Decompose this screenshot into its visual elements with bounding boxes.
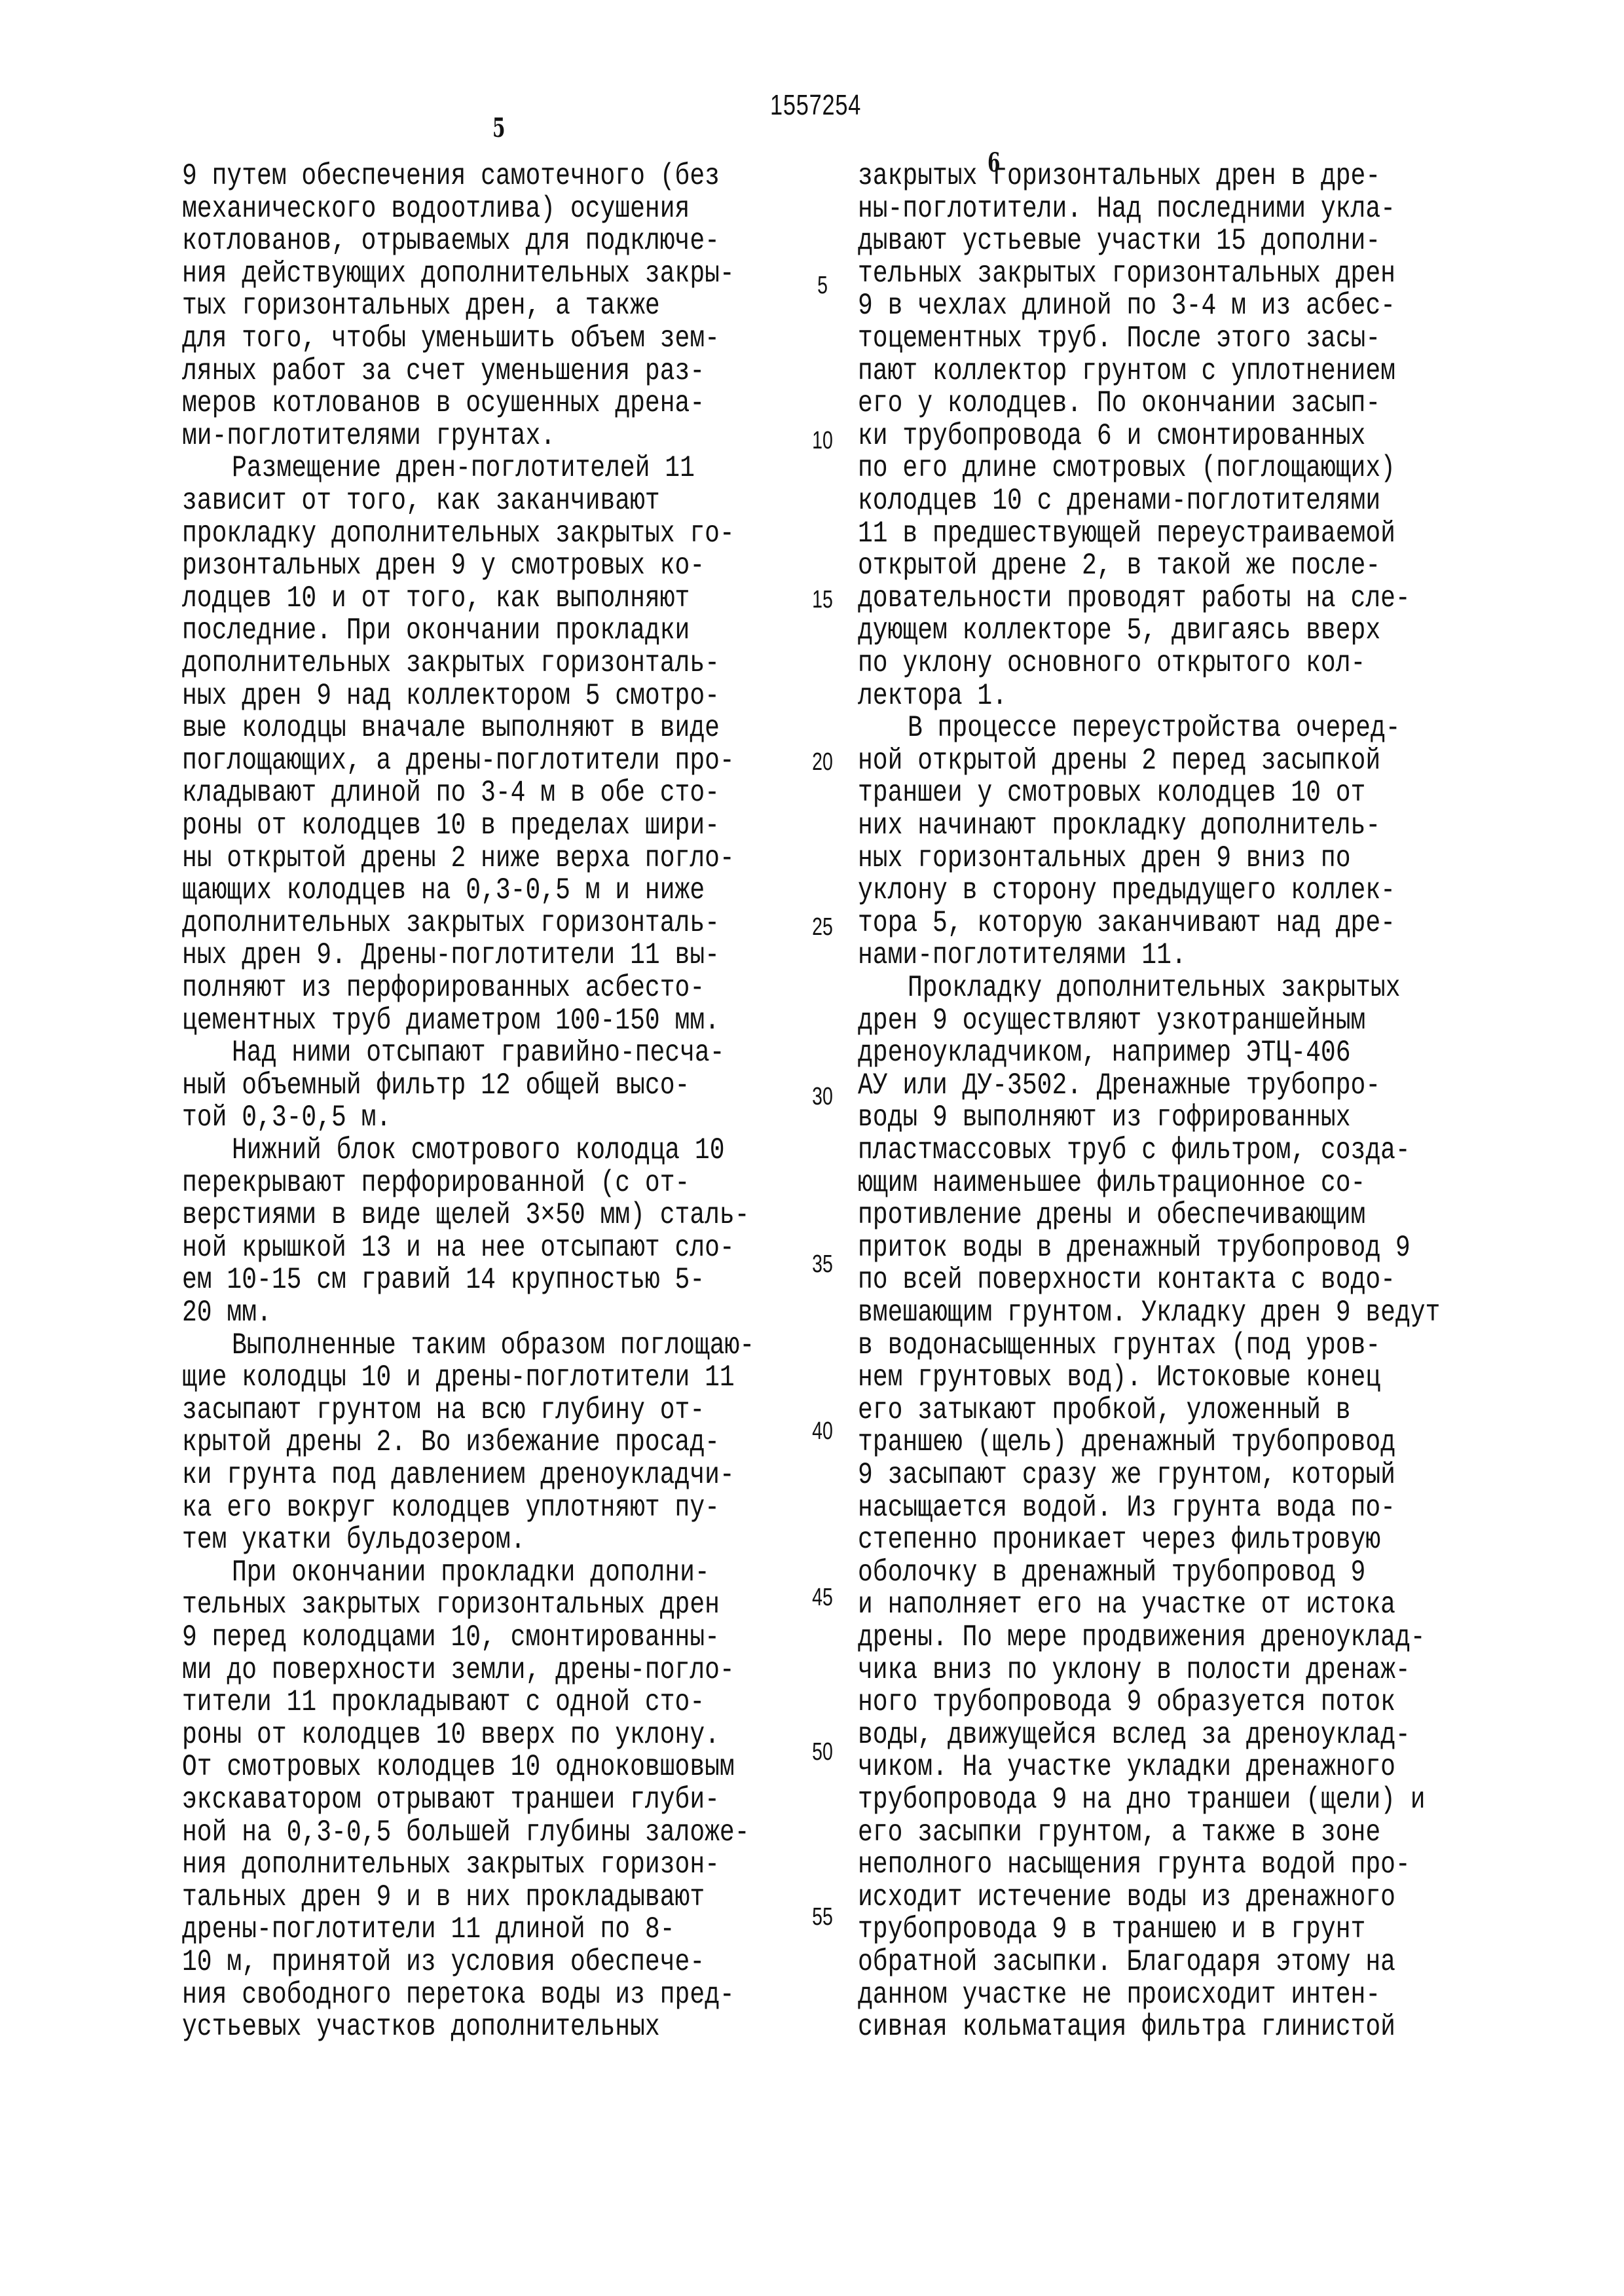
margin-line-number: 35 — [812, 1250, 834, 1279]
margin-line-number: 30 — [812, 1083, 834, 1111]
margin-line-number: 10 — [812, 427, 834, 455]
text-line: сивная кольматация фильтра глинистой — [858, 2008, 1395, 2048]
margin-line-number: 25 — [812, 913, 834, 941]
right-text-column: закрытых горизонтальных дрен в дре-ны-по… — [858, 0, 1473, 2296]
margin-line-number: 55 — [812, 1903, 834, 1931]
patent-page: 1557254 5 6 9 путем обеспечения самотечн… — [0, 0, 1624, 2296]
text-line: устьевых участков дополнительных — [182, 2008, 660, 2048]
margin-line-number: 50 — [812, 1738, 834, 1766]
left-text-column: 9 путем обеспечения самотечного (безмеха… — [182, 0, 798, 2296]
margin-line-number: 45 — [812, 1584, 834, 1612]
margin-line-number: 5 — [812, 272, 834, 300]
margin-line-number: 40 — [812, 1417, 834, 1446]
margin-line-number: 20 — [812, 748, 834, 776]
margin-line-number: 15 — [812, 586, 834, 614]
